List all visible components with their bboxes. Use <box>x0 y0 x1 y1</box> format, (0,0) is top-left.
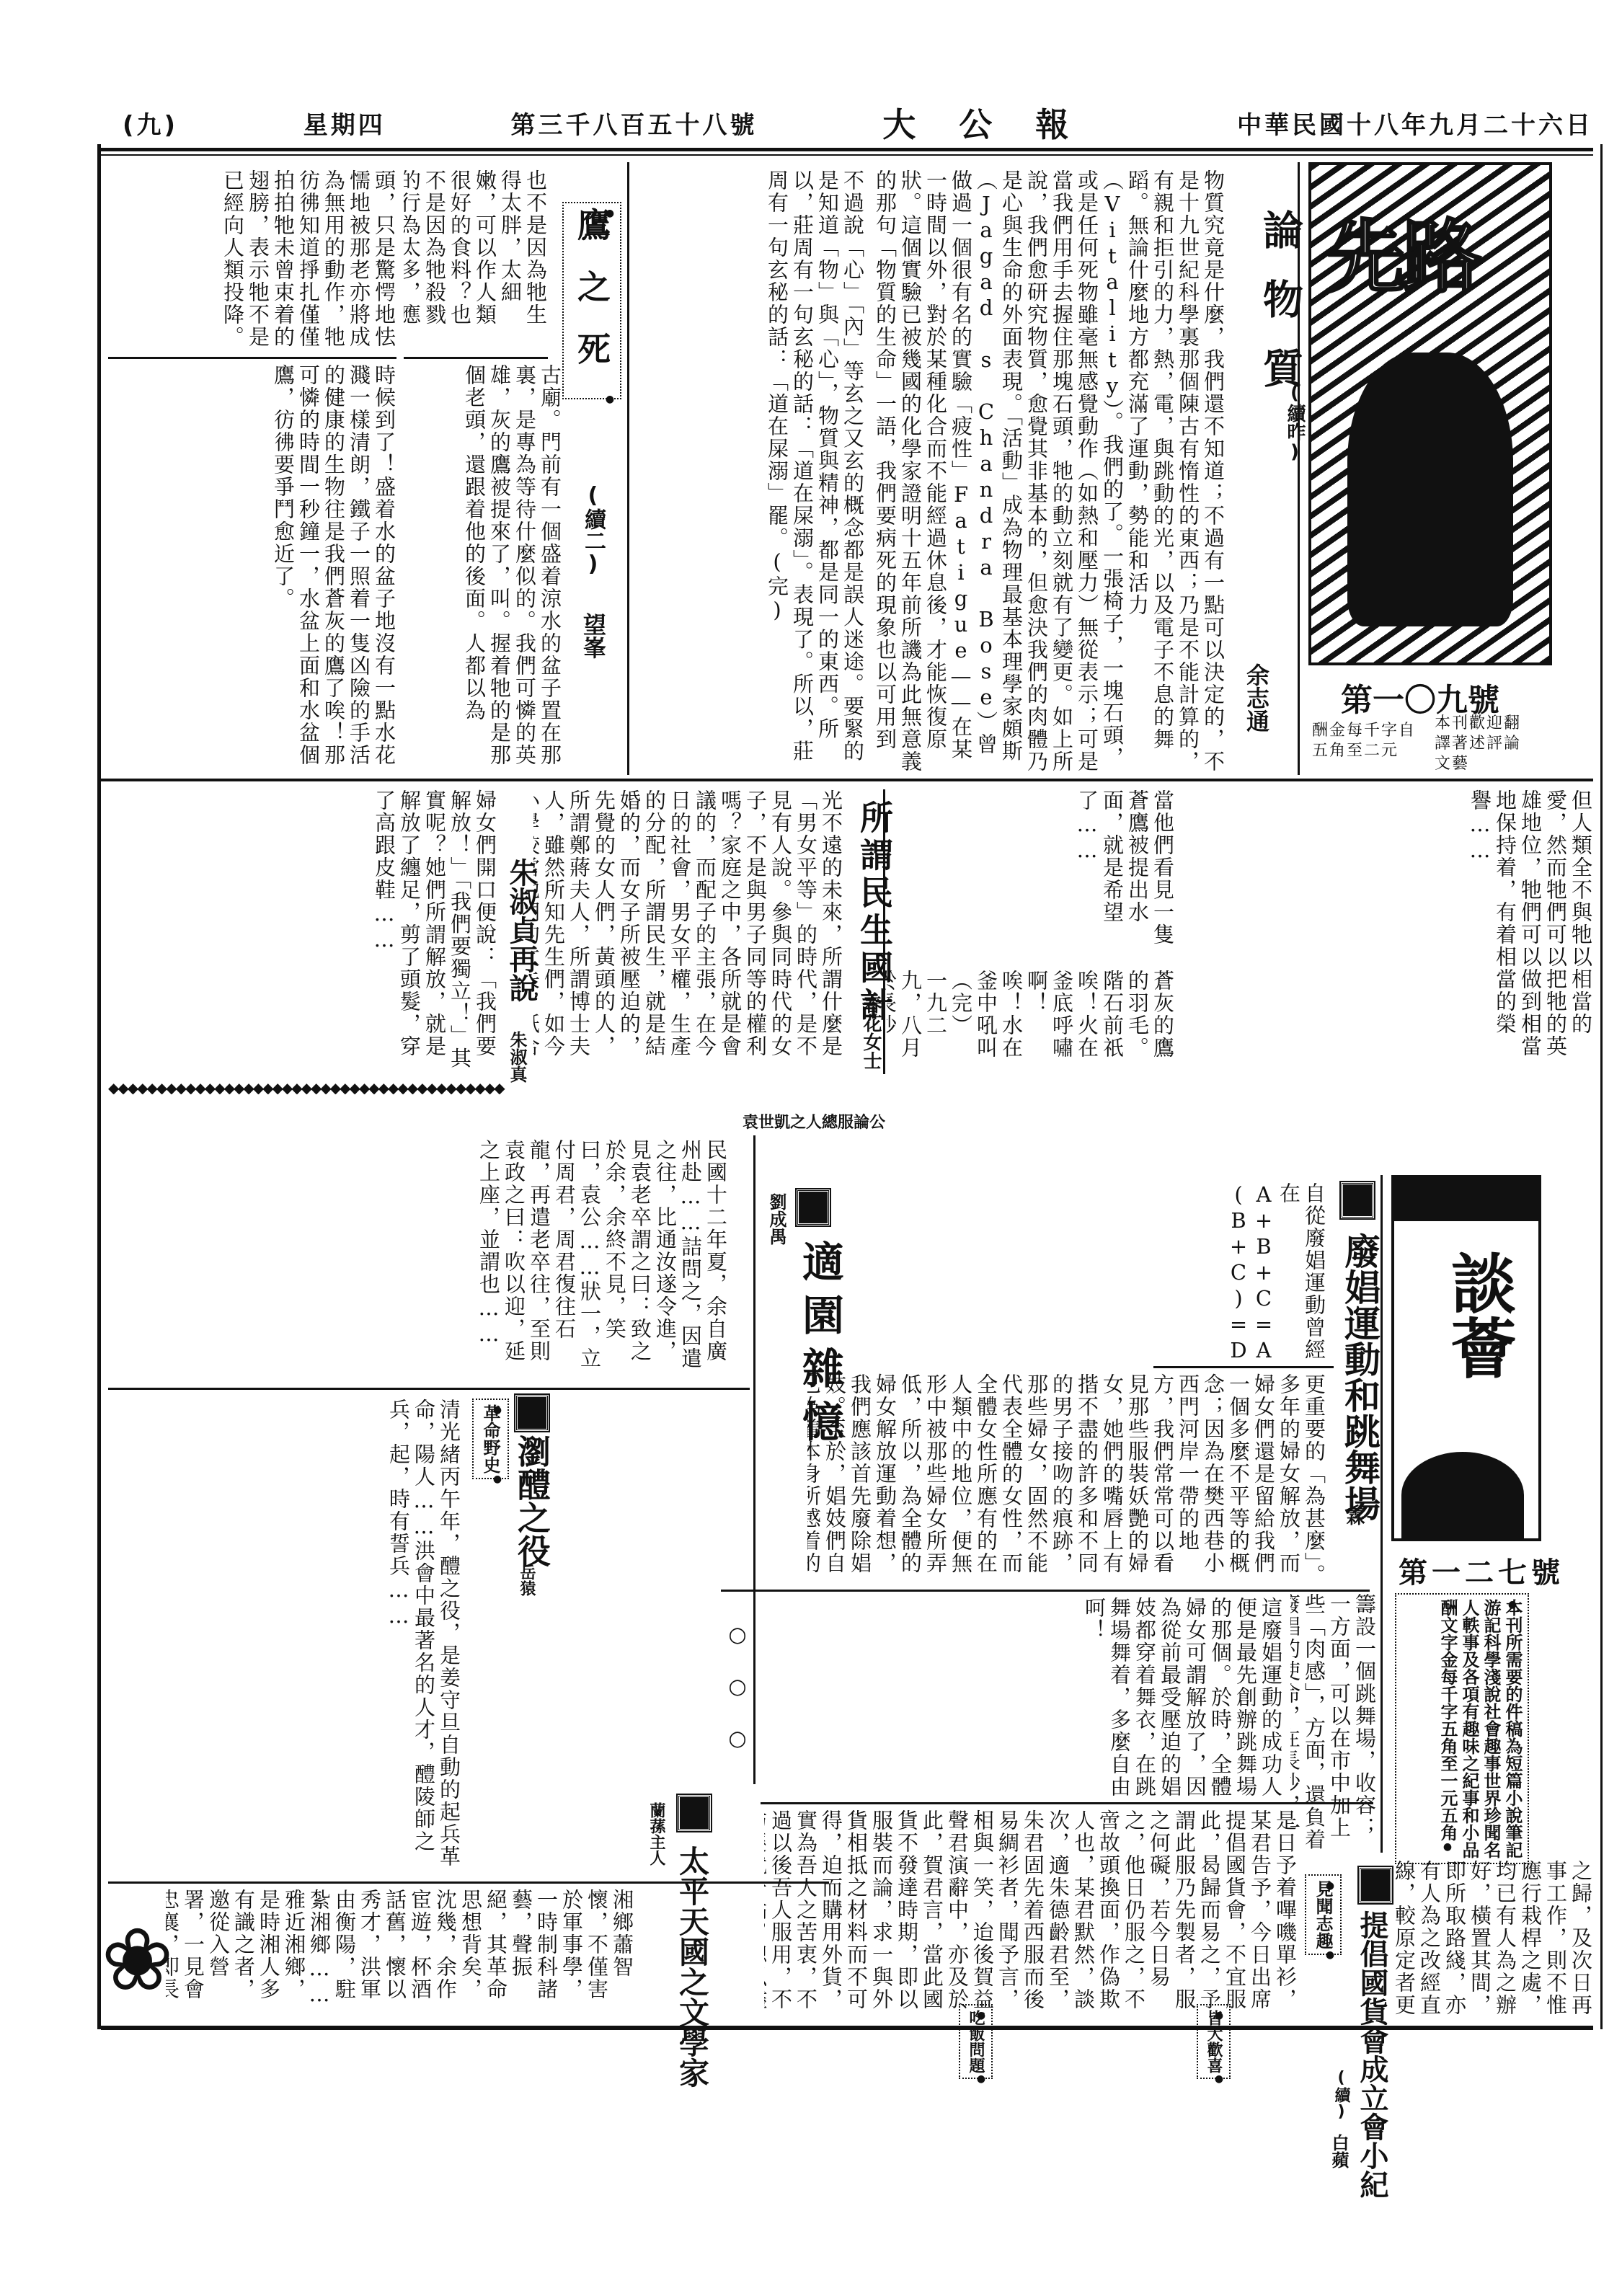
column-author: 蘭蓀主人 <box>645 1802 668 1866</box>
article-body-continued: 不過說「心」「內」等玄之又玄的概念都是誤人迷途。要緊的是知道「物」與「心」，物質… <box>634 169 865 775</box>
band-rule <box>108 1881 829 1884</box>
story-title-box: 鷹之死 <box>562 202 621 399</box>
section-rule <box>404 357 548 359</box>
column-title: 朱淑貞再說 <box>501 858 542 1002</box>
page-bottom-rule <box>101 2026 1593 2030</box>
article-paragraph: 當他們看見一隻蒼鷹被提出水面，就是希望了…… <box>887 789 1175 966</box>
series-label-box: 革命野史 <box>472 1399 509 1479</box>
column-author: 劉成禺 <box>764 1193 789 1245</box>
story-ending-line: 階石前祇 <box>1100 970 1125 1059</box>
article-title: 廢娼運動和跳舞場 <box>1334 1233 1386 1521</box>
story-ending: 蒼灰的鷹 的羽毛。 階石前祇 唉！火在釜底呼嘯 啊！ 唉！水在釜中吼叫 （完） … <box>887 970 1175 1078</box>
figure-silhouette <box>1394 1178 1538 1221</box>
publication-date: 中華民國十八年九月二十六日 <box>1237 105 1593 141</box>
column-title: 適園雜憶 <box>789 1240 850 1453</box>
series-label: 革命野史 <box>480 1404 500 1473</box>
column-note: (續) <box>1330 2069 1352 2121</box>
masthead: (九) 星期四 第三千八百五十八號 大公報 中華民國十八年九月二十六日 <box>123 108 1593 137</box>
tanhui-banner-illustration: 談薈 <box>1391 1175 1541 1541</box>
article-paragraph: 籌設一個跳舞場，收容；一方面，可以在市中加上些「肉感」，方面，還負着廢娼的使命，… <box>1290 1593 1377 1853</box>
section-rule <box>108 357 396 359</box>
column-author: 白蘋 <box>1326 2134 1352 2168</box>
column-body: 湘鄉蕭智懷，不僅害於軍事學，一時制科諸藝，聲振絕，其革命思想背矣，沈幾，余作宦遊… <box>166 1889 634 2018</box>
xianlu-banner-illustration: 先路 <box>1308 162 1552 665</box>
story-ending-line: （完） <box>949 970 973 1037</box>
article-paragraph: 這廢娼運動的成功人便是最先創辦跳舞場的那個。於時，全體婦女可謂解放了，因為從前最… <box>721 1597 1283 1806</box>
issue-number: 第三千八百五十八號 <box>511 105 758 141</box>
article-author: 春花女士 <box>858 995 885 1070</box>
article-paragraph: 更重要的「為甚麼」。多年的婦女解放，而婦女們還是留給我們一個多麼不平等的概念；因… <box>807 1373 1326 1590</box>
tanhui-issue: 第一二七號 <box>1399 1550 1564 1591</box>
column-subtitle: 袁世凱之人總服論公 <box>743 1110 885 1133</box>
weekday: 星期四 <box>303 105 386 141</box>
column-body: 清光緒丙午年，醴之役，是姜守旦自動的起兵革命，陽人……洪會中最著名的人才，醴陵師… <box>108 1399 461 1874</box>
column-title: 瀏醴之役 <box>508 1435 556 1567</box>
story-ending-date: 一九二九，八月於長沙 <box>887 970 948 1059</box>
page-number: (九) <box>123 105 178 141</box>
column-body: 民國十二年夏，余自廣州赴……詰問之，因遣之往，比通汝遂令進，見袁老卒謂之曰：致之… <box>396 1139 728 1377</box>
band-rule <box>101 779 1593 781</box>
section-bullet-icon <box>797 1189 830 1225</box>
article-paragraph: 自從廢娼運動曾經在A+B+C=A+(B+C)=D的公式下實行之後，一般人的意思都… <box>1226 1182 1326 1362</box>
xianlu-banner-title: 先路 <box>1326 194 1479 308</box>
subhead: 皆大歡喜 <box>1205 2010 1223 2073</box>
article-body: 物質究竟是什麼，我們還不知道；不過有一點可以決定的，不是十九世紀科學裏那個陳古有… <box>872 169 1226 775</box>
diamond-divider: ◆◆◆◆◆◆◆◆◆◆◆◆◆◆◆◆◆◆◆◆◆◆◆◆◆◆◆◆◆◆◆◆◆◆◆◆◆◆◆◆… <box>108 1081 1593 1094</box>
story-paragraph: 時候到了！盛着水的盆子地沒有一點水花濺一樣清朗，鐵子一照着一隻凶險的手活的健康的… <box>108 364 396 775</box>
tanhui-notice: 本刊所需要的件稿為短篇小說筆記游記科學淺說社會趣事世界珍聞名人軼事及各項有趣味之… <box>1437 1599 1523 1858</box>
band-rule <box>108 1388 750 1390</box>
story-note: (續二) <box>577 483 608 577</box>
section-bullet-icon <box>1359 1867 1392 1903</box>
article-separator: ○ ○ ○ <box>721 1622 750 1766</box>
subhead: 見聞志趣 <box>1313 1880 1333 1949</box>
article-note: (續昨) <box>1282 382 1308 463</box>
column-rule <box>627 162 629 775</box>
band-rule <box>761 1802 1373 1804</box>
xianlu-editors-note: 本刊歡迎翻譯著述評論文藝 <box>1435 714 1528 779</box>
previous-column-ending: 之歸，及次日再事工作，則不惟應行栽桿之處，均已有人為之辦好，橫置其間，即所取路綫… <box>1391 1860 1593 2018</box>
story-paragraph: 也不是因為牠生得太胖，太細嫩，可以作人類很好的食料？也不是因為牠殺戮的行為太多，… <box>404 169 548 346</box>
story-ending-line: 蒼灰的鷹 <box>1151 970 1175 1059</box>
section-bullet-icon <box>515 1395 549 1431</box>
article-author: 余志通 <box>1240 663 1273 732</box>
section-rule <box>721 1590 1370 1592</box>
subhead-box: 皆大歡喜 <box>1197 2004 1231 2079</box>
article-body: 光不遠的未來，所謂什麼是「男女平等」的時代，是不見有人說。參與同時代的女子，不是… <box>533 789 843 1078</box>
column-body: 婦女們開口便說：「我們要解放！」「我們要獨立！」其實呢？她們所謂解放，就是解放了… <box>108 789 497 1078</box>
story-author: 望峯 <box>577 613 610 659</box>
tanhui-notice-box: 本刊所需要的件稿為短篇小說筆記游記科學淺說社會趣事世界珍聞名人軼事及各項有趣味之… <box>1395 1593 1529 1864</box>
section-bullet-icon <box>1341 1182 1374 1218</box>
column-title: 提倡國貨會成立會小紀 <box>1352 1910 1393 2199</box>
story-ending-line: 唉！火在釜底呼嘯 <box>1050 970 1099 1059</box>
section-rule <box>1153 1366 1334 1368</box>
article-author: 霖 <box>1341 1507 1368 1525</box>
story-ending-line: 啊！ <box>1024 970 1049 1014</box>
figure-silhouette <box>1401 1452 1524 1538</box>
column-author: 岳猿 <box>515 1564 538 1596</box>
column-author: 朱淑真 <box>505 1031 530 1083</box>
xianlu-fee-note: 酬金每千字自五角至二元 <box>1312 721 1427 786</box>
story-title: 鷹之死 <box>572 208 611 394</box>
paper-name: 大公報 <box>882 99 1112 146</box>
subhead: 吃飯問題 <box>967 2010 985 2073</box>
column-paragraph: 是日予着嗶嘰單衫，某君告予，今日出席提倡國貨會，不宜服此，曷歸而易之，予謂此服乃… <box>764 1809 1298 2018</box>
section-bullet-icon <box>678 1795 711 1831</box>
column-rule <box>753 1135 755 1784</box>
tanhui-banner-title: 談薈 <box>1430 1250 1524 1380</box>
floral-ornament-icon: ❀ <box>94 1910 180 2011</box>
story-ending-line: 唉！水在釜中吼叫 <box>974 970 1024 1059</box>
story-paragraph: 古廟。門前有一個盛着涼水的盆子置在那裏，是專為等待什麼似的。我們可憐的英雄，灰的… <box>404 364 562 775</box>
article-paragraph: 但人類全不與牠以相當的愛，然而牠們可以把牠的英雄地位，牠們可以做到相當地保持着，… <box>1182 789 1593 1078</box>
subhead-box: 見聞志趣 <box>1305 1874 1342 1955</box>
horse-rider-silhouette <box>1347 353 1513 626</box>
subhead-box: 吃飯問題 <box>959 2004 993 2079</box>
story-ending-line: 的羽毛。 <box>1125 970 1150 1059</box>
